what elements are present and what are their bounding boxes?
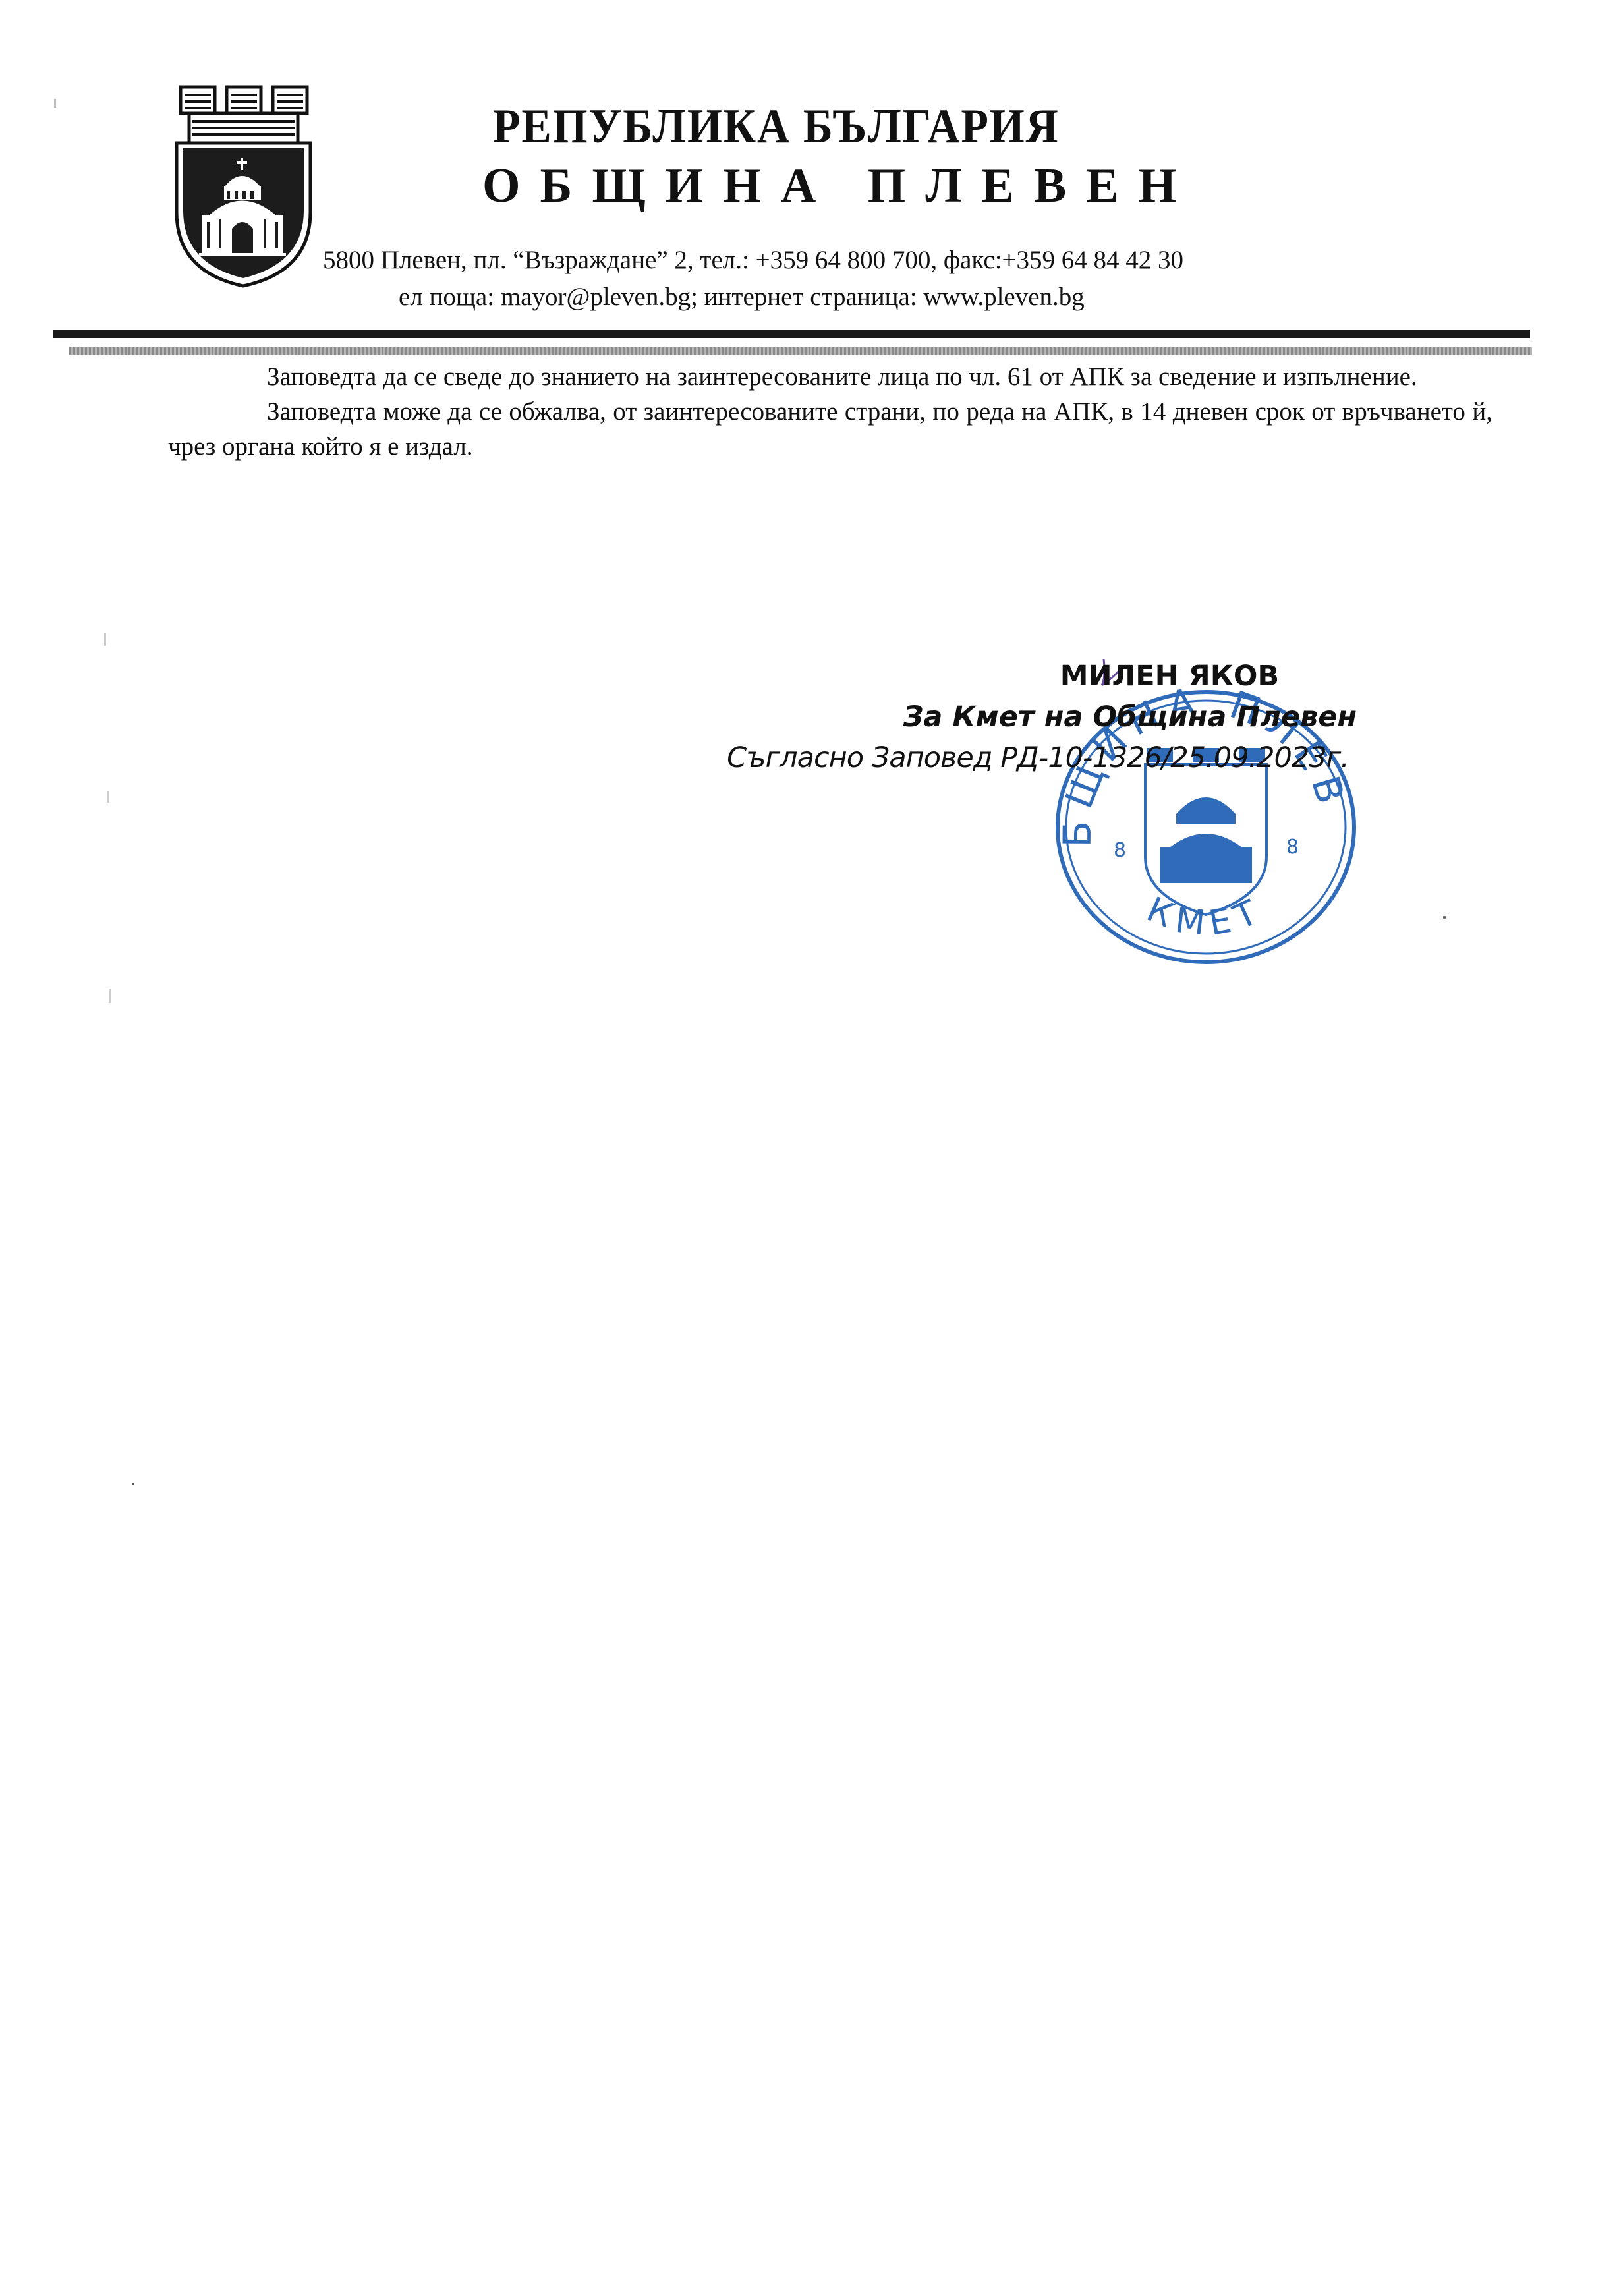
paragraph-notification: Заповедта да се сведе до знанието на заи… bbox=[168, 359, 1492, 394]
svg-text:8: 8 bbox=[1286, 836, 1299, 859]
country-title: РЕПУБЛИКА БЪЛГАРИЯ bbox=[493, 99, 1060, 155]
scan-speck bbox=[107, 791, 109, 803]
signatory-name: МИЛЕН ЯКОВ bbox=[810, 656, 1529, 697]
contact-line: ел поща: mayor@pleven.bg; интернет стран… bbox=[399, 282, 1085, 312]
signatory-authority: Съгласно Заповед РД-10-1326/25.09.2023г. bbox=[679, 737, 1397, 778]
address-line: 5800 Плевен, пл. “Възраждане” 2, тел.: +… bbox=[323, 245, 1183, 275]
scan-speck bbox=[104, 633, 106, 646]
signature-block: МИЛЕН ЯКОВ За Кмет на Община Плевен Съгл… bbox=[679, 656, 1397, 778]
header-divider-dark bbox=[53, 330, 1530, 338]
header-divider-light bbox=[69, 347, 1532, 355]
scan-speck bbox=[132, 1483, 134, 1485]
coat-of-arms-logo-icon bbox=[173, 80, 314, 288]
scan-speck bbox=[54, 99, 56, 108]
scan-speck bbox=[109, 989, 111, 1003]
svg-text:8: 8 bbox=[1114, 839, 1126, 862]
municipality-title: ОБЩИНА ПЛЕВЕН bbox=[482, 158, 1196, 214]
paragraph-appeal: Заповедта може да се обжалва, от заинтер… bbox=[168, 394, 1492, 464]
svg-text:КМЕТ: КМЕТ bbox=[1141, 890, 1271, 944]
document-body: Заповедта да се сведе до знанието на заи… bbox=[168, 359, 1492, 464]
scan-speck bbox=[1443, 916, 1446, 919]
signatory-role: За Кмет на Община Плевен bbox=[771, 697, 1489, 737]
